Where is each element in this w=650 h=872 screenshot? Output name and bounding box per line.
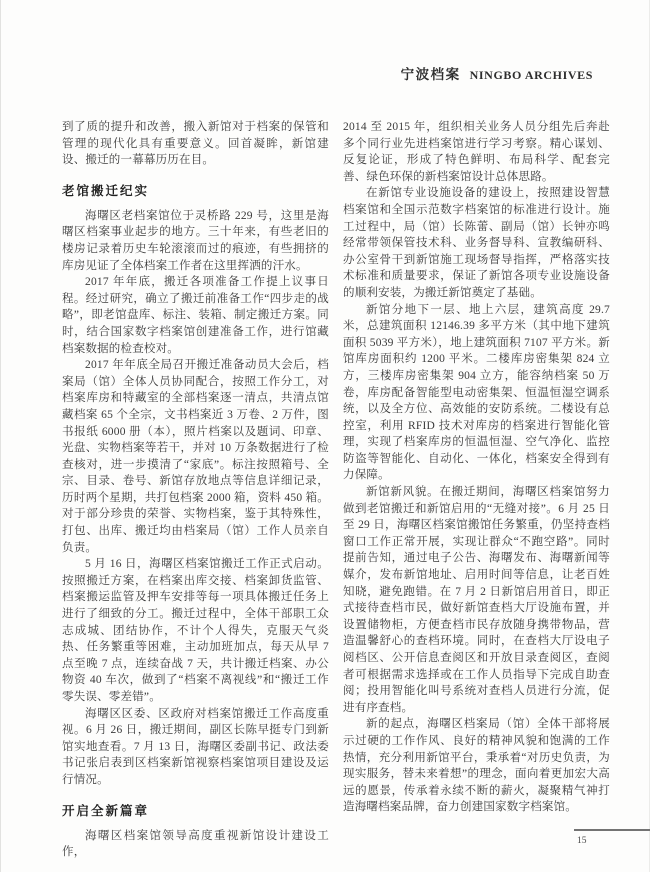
paragraph: 5 月 16 日，海曙区档案馆搬迁工作正式启动。按照搬迁方案，在档案出库交接、档… bbox=[62, 556, 329, 705]
paragraph: 新馆分地下一层、地上六层，建筑高度 29.7 米，总建筑面积 12146.39 … bbox=[343, 302, 610, 485]
section-heading: 老馆搬迁纪实 bbox=[62, 181, 329, 199]
paragraph: 在新馆专业设施设备的建设上，按照建设智慧档案馆和全国示范数字档案馆的标准进行设计… bbox=[343, 185, 610, 301]
paragraph: 2017 年年底全局召开搬迁准备动员大会后，档案局（馆）全体人员协同配合，按照工… bbox=[62, 357, 329, 556]
left-column: 到了质的提升和改善，搬入新馆对于档案的保管和管理的现代化具有重要意义。回首凝眸，… bbox=[62, 119, 329, 861]
footer-rule bbox=[574, 829, 650, 831]
paragraph: 到了质的提升和改善，搬入新馆对于档案的保管和管理的现代化具有重要意义。回首凝眸，… bbox=[62, 119, 329, 169]
journal-title-english: NINGBO ARCHIVES bbox=[470, 68, 593, 83]
paragraph: 新馆新风貌。在搬迁期间，海曙区档案馆努力做到老馆搬迁和新馆启用的“无缝对接”。6… bbox=[343, 484, 610, 716]
page-header: 宁波档案 NINGBO ARCHIVES bbox=[401, 63, 593, 83]
magazine-page: 宁波档案 NINGBO ARCHIVES 到了质的提升和改善，搬入新馆对于档案的… bbox=[0, 0, 650, 872]
journal-title-chinese: 宁波档案 bbox=[401, 63, 461, 83]
right-column: 2014 至 2015 年，组织相关业务人员分组先后奔赴多个同行业先进档案馆进行… bbox=[343, 119, 610, 861]
page-number: 15 bbox=[574, 836, 650, 846]
paragraph: 海曙区档案馆领导高度重视新馆设计建设工作， bbox=[62, 828, 329, 861]
article-body: 到了质的提升和改善，搬入新馆对于档案的保管和管理的现代化具有重要意义。回首凝眸，… bbox=[62, 119, 610, 861]
paragraph: 2017 年年底，搬迁各项准备工作提上议事日程。经过研究，确立了搬迁前准备工作“… bbox=[62, 274, 329, 357]
paragraph: 2014 至 2015 年，组织相关业务人员分组先后奔赴多个同行业先进档案馆进行… bbox=[343, 119, 610, 185]
page-footer: 15 bbox=[574, 829, 650, 846]
section-heading: 开启全新篇章 bbox=[62, 801, 329, 819]
paragraph: 新的起点，海曙区档案局（馆）全体干部将展示过硬的工作作风、良好的精神风貌和饱满的… bbox=[343, 716, 610, 816]
paragraph: 海曙区老档案馆位于灵桥路 229 号，这里是海曙区档案事业起步的地方。三十年来，… bbox=[62, 208, 329, 274]
paragraph: 海曙区区委、区政府对档案馆搬迁工作高度重视。6 月 26 日，搬迁期间，副区长陈… bbox=[62, 706, 329, 789]
